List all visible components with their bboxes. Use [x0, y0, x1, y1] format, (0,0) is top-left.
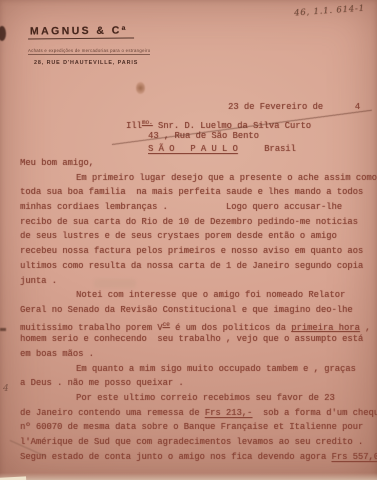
edge-ink-blot	[0, 26, 6, 41]
letter-line: de Janeiro contendo uma remessa de Frs 2…	[20, 406, 370, 421]
text-segment: a Deus . não me posso queixar .	[20, 378, 184, 388]
scanned-letter-page: 46, 1.1. 614-1 MAGNUS & Cª Achats e expe…	[0, 0, 377, 480]
text-segment: sob a forma d'um cheque	[252, 408, 377, 418]
letter-line: Notei com interesse que o amigo foi nome…	[20, 288, 370, 303]
text-segment: Brasil	[238, 144, 296, 154]
archival-reference-number: 46, 1.1. 614-1	[294, 4, 365, 19]
letter-line: S Ã O P A U L O Brasil	[126, 143, 311, 156]
text-segment: Por este ultimo correio recebimos seu fa…	[76, 393, 335, 403]
text-segment: em boas mãos .	[20, 349, 94, 359]
letter-line: Em primeiro lugar desejo que a presente …	[20, 171, 370, 186]
letter-line: de seus lustres e de seus crystaes porem…	[20, 229, 370, 244]
text-segment: Em primeiro lugar desejo que a presente …	[76, 173, 377, 183]
text-segment: S Ã O P A U L O	[148, 144, 238, 154]
letter-line: Segun estado de conta junto o amigo nos …	[20, 450, 370, 465]
letter-line: Em quanto a mim sigo muito occupado tamb…	[20, 362, 370, 377]
text-segment: Segun estado de conta junto o amigo nos …	[20, 452, 331, 462]
text-segment: l'Amérique de Sud que com agradecimentos…	[20, 437, 363, 447]
text-segment: ultimos como resulta da nossa carta de 1…	[20, 261, 363, 271]
text-segment: de seus lustres e de seus crystaes porem…	[20, 231, 337, 241]
letter-line: ultimos como resulta da nossa carta de 1…	[20, 259, 370, 274]
letter-line: Geral no Senado da Revisão Constituciona…	[20, 303, 370, 318]
letter-line: Illmo. Snr. D. Luelmo da Silva Curto	[126, 117, 311, 130]
text-segment: Em quanto a mim sigo muito occupado tamb…	[76, 364, 356, 374]
text-segment: de Janeiro contendo uma remessa de	[20, 408, 205, 418]
salutation: Meu bom amigo,	[20, 156, 94, 171]
ink-stain	[136, 82, 145, 94]
letter-line: a Deus . não me posso queixar .	[20, 376, 370, 391]
text-segment: recebeu nossa factura pelos primeiros e …	[20, 246, 363, 256]
letter-line: junta .	[20, 274, 370, 289]
letterhead-street-address: 28, RUE D'HAUTEVILLE, PARIS	[34, 60, 150, 66]
text-segment: minhas cordiaes lembranças . Logo quero …	[20, 202, 342, 212]
letter-line: minhas cordiaes lembranças . Logo quero …	[20, 200, 370, 215]
letter-line: toda sua boa familia na mais perfeita sa…	[20, 185, 370, 200]
text-segment: Notei com interesse que o amigo foi nome…	[76, 290, 345, 300]
text-segment: toda sua boa familia na mais perfeita sa…	[20, 187, 363, 197]
text-segment: é um dos politicos da	[170, 322, 291, 332]
paper-corner-edge	[0, 476, 26, 480]
edge-mark	[0, 328, 6, 331]
text-segment: junta .	[20, 276, 57, 286]
text-segment: muitissimo trabalho porem V	[20, 322, 163, 332]
text-segment: ce	[163, 321, 170, 328]
date-line: 23 de Fevereiro de 4	[228, 102, 360, 112]
text-segment: Frs 557,00	[331, 452, 377, 462]
letter-line: 43 , Rua de São Bento	[126, 130, 311, 143]
erasure-smudge	[94, 279, 136, 288]
letter-line: homem serio e conhecendo seu trabalho , …	[20, 332, 370, 347]
letter-line: muitissimo trabalho porem Vce é um dos p…	[20, 318, 370, 333]
letter-line: recebeu nossa factura pelos primeiros e …	[20, 244, 370, 259]
letter-line: l'Amérique de Sud que com agradecimentos…	[20, 435, 370, 450]
letter-line: nº 60070 de mesma data sobre o Banque Fr…	[20, 420, 370, 435]
text-segment: mo.	[142, 119, 153, 126]
text-segment: Ill	[126, 121, 142, 131]
letterhead: MAGNUS & Cª Achats e expedições de merca…	[28, 21, 150, 66]
letter-line: recibo de sua carta do Rio de 10 de Deze…	[20, 215, 370, 230]
scan-bottom-edge	[0, 473, 377, 480]
recipient-address-block: Illmo. Snr. D. Luelmo da Silva Curto43 ,…	[126, 117, 311, 155]
text-segment: primeira hora	[291, 322, 360, 332]
letter-line: Por este ultimo correio recebimos seu fa…	[20, 391, 370, 406]
pencil-margin-mark: 4	[3, 384, 9, 394]
text-segment: Geral no Senado da Revisão Constituciona…	[20, 305, 353, 315]
text-segment: Frs 213,-	[205, 408, 253, 418]
letterhead-company-name: MAGNUS & Cª	[28, 24, 134, 39]
text-segment: nº 60070 de mesma data sobre o Banque Fr…	[20, 422, 363, 432]
letterhead-tagline: Achats e expedições de mercadorias para …	[28, 48, 150, 55]
text-segment: recibo de sua carta do Rio de 10 de Deze…	[20, 217, 358, 227]
letter-line: em boas mãos .	[20, 347, 370, 362]
letter-body: Em primeiro lugar desejo que a presente …	[20, 171, 370, 465]
text-segment: homem serio e conhecendo seu trabalho , …	[20, 334, 363, 344]
text-segment: ,	[360, 322, 371, 332]
